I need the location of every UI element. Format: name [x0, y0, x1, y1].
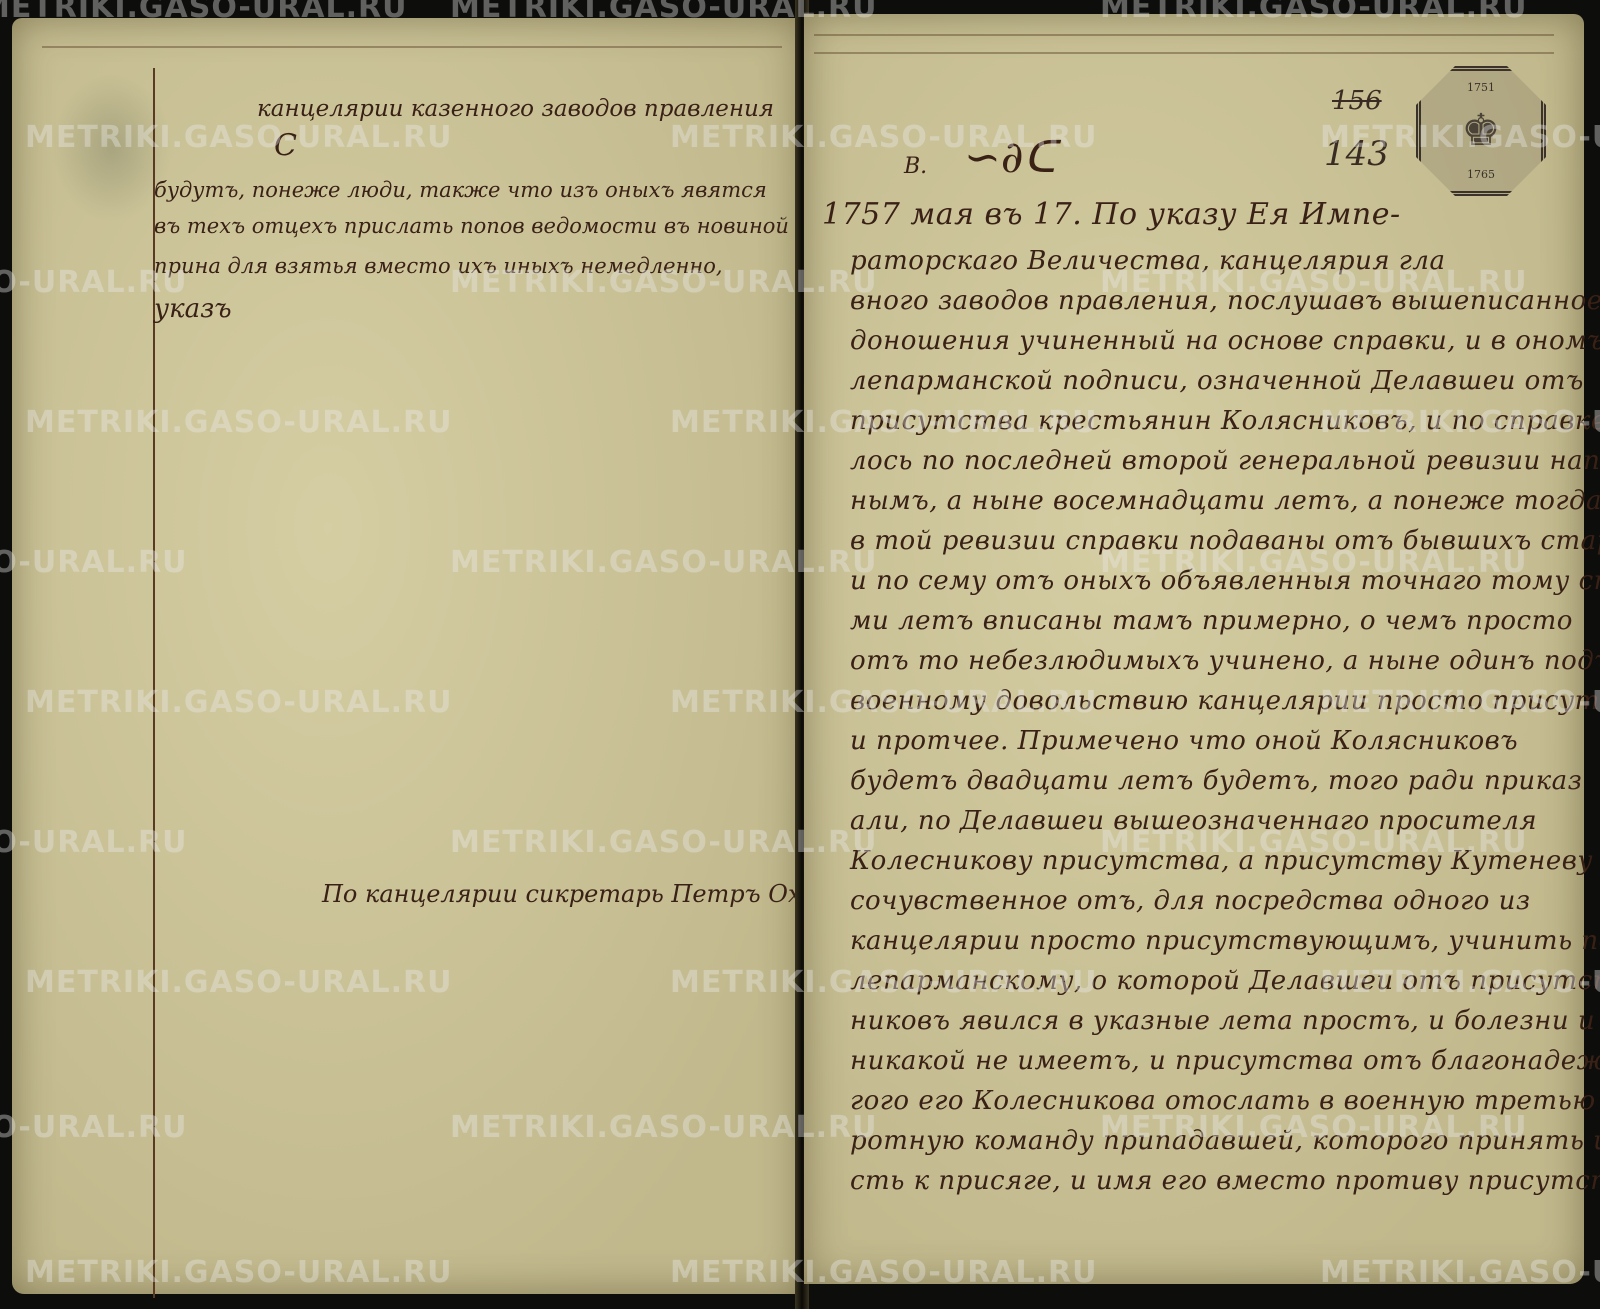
right-line-13: военному довольствию канцелярии просто п…	[850, 686, 1600, 716]
margin-rule	[153, 68, 155, 1298]
double-headed-eagle-icon: ♚	[1461, 109, 1500, 153]
left-page: канцелярии казенного заводов правления С…	[12, 18, 802, 1294]
right-line-3: вного заводов правления, послушавъ вышеп…	[850, 286, 1600, 316]
left-line-4: указъ	[154, 294, 232, 324]
right-line-6: присутства крестьянин Колясниковъ, и по …	[850, 406, 1600, 436]
right-line-5: лепарманской подписи, означенной Делавше…	[850, 366, 1584, 396]
right-line-18: сочувственное отъ, для посредства одного…	[850, 886, 1531, 916]
right-line-1: 1757 мая въ 17. По указу Ея Импе-	[822, 197, 1401, 232]
stamp-bottom-year: 1765	[1467, 168, 1495, 181]
right-line-20: лепарманскому, о которой Делавшеи отъ пр…	[850, 966, 1600, 996]
right-line-21: никовъ явился в указные лета простъ, и б…	[850, 1006, 1600, 1036]
octagonal-stamp: 1751 ♚ 1765	[1416, 66, 1546, 196]
heading-flourish-mark: С	[274, 128, 297, 163]
right-line-7: лось по последней второй генеральной рев…	[850, 446, 1600, 476]
right-line-16: али, по Делавшеи вышеозначеннаго просите…	[850, 806, 1537, 836]
page-top-edge-line	[814, 34, 1554, 36]
left-line-3: прина для взятья вместо ихъ иныхъ немедл…	[154, 254, 723, 278]
right-line-8: нымъ, а ныне восемнадцати летъ, а понеже…	[850, 486, 1600, 516]
left-line-1: будутъ, понеже люди, также что изъ оныхъ…	[154, 178, 767, 202]
right-line-15: будетъ двадцати летъ будетъ, того ради п…	[850, 766, 1582, 796]
right-line-14: и протчее. Примечено что оной Колясников…	[850, 726, 1518, 756]
right-line-11: ми летъ вписаны тамъ примерно, о чемъ пр…	[850, 606, 1573, 636]
page-top-edge-line	[42, 46, 782, 48]
right-line-9: в той ревизии справки подаваны отъ бывши…	[850, 526, 1600, 556]
right-line-25: сть к присяге, и имя его вместо противу …	[850, 1166, 1600, 1196]
header-mark: В.	[904, 154, 927, 179]
right-line-12: отъ то небезлюдимыхъ учинено, а ныне оди…	[850, 646, 1600, 676]
stamp-top-year: 1751	[1467, 81, 1495, 94]
right-page: 156 143 1751 ♚ 1765 В. ∽∂ᑕ 1757 мая въ 1…	[804, 14, 1584, 1284]
right-line-17: Колесникову присутства, а присутству Кут…	[850, 846, 1600, 876]
old-folio-number: 156	[1332, 86, 1382, 116]
open-book-spread: канцелярии казенного заводов правления С…	[0, 0, 1600, 1309]
right-line-4: доношения учиненный на основе справки, и…	[850, 326, 1600, 356]
folio-number: 143	[1324, 134, 1389, 174]
right-line-10: и по сему отъ оныхъ объявленныя точнаго …	[850, 566, 1600, 596]
header-flourish: ∽∂ᑕ	[964, 132, 1056, 183]
right-line-2: раторскаго Величества, канцелярия гла	[850, 246, 1446, 276]
right-line-24: ротную команду припадавшей, которого при…	[850, 1126, 1600, 1156]
page-second-edge-line	[814, 52, 1554, 54]
right-line-19: канцелярии просто присутствующимъ, учини…	[850, 926, 1600, 956]
right-line-22: никакой не имеетъ, и присутства отъ благ…	[850, 1046, 1600, 1076]
left-line-2: въ техъ отцехъ прислать попов ведомости …	[154, 214, 789, 238]
left-page-heading: канцелярии казенного заводов правления	[257, 96, 774, 122]
right-line-23: гого его Колесникова отослать в военную …	[850, 1086, 1596, 1116]
